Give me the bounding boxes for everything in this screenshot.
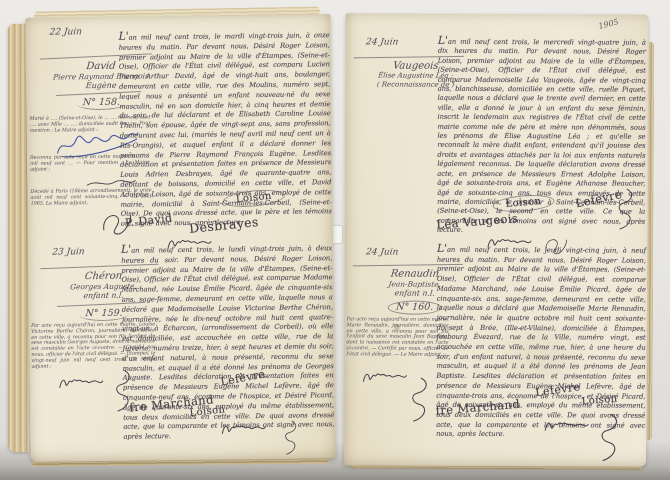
clerk-paraph [594, 412, 626, 462]
vu-paraph [540, 418, 592, 433]
page-left: 22 Juin David Pierre Raymond François Eu… [25, 14, 335, 462]
act-entry-vaugeois: 24 Juin Vaugeois Élise Augustine Léa ; (… [346, 13, 648, 14]
folio-mark: 1905 [598, 11, 645, 31]
scanned-register-spread: 22 Juin David Pierre Raymond François Eu… [0, 0, 670, 480]
clerk-paraph [278, 420, 304, 456]
marginal-mention-recognition: Par acte reçu aujourd'hui en cette mairi… [346, 317, 448, 358]
vu-paraph [358, 369, 410, 384]
act-entry-160: 24 Juin Renaudin Jean-Baptiste, enfant n… [346, 13, 648, 14]
vu-paraph [220, 421, 266, 437]
act-body-text: L'an mil neuf cent trois, le lundi vingt… [121, 242, 334, 443]
vu-paraph [58, 375, 104, 391]
clerk-paraph [613, 187, 639, 232]
margin-date: 24 Juin [365, 37, 446, 47]
clerk-paraph [406, 376, 434, 424]
page-right: 1905 24 Juin Vaugeois Élise Augustine Lé… [344, 13, 648, 466]
page-edge-right [647, 42, 654, 440]
act-number-text: N° 160. [387, 301, 442, 315]
margin-date: 24 Juin [365, 247, 446, 257]
